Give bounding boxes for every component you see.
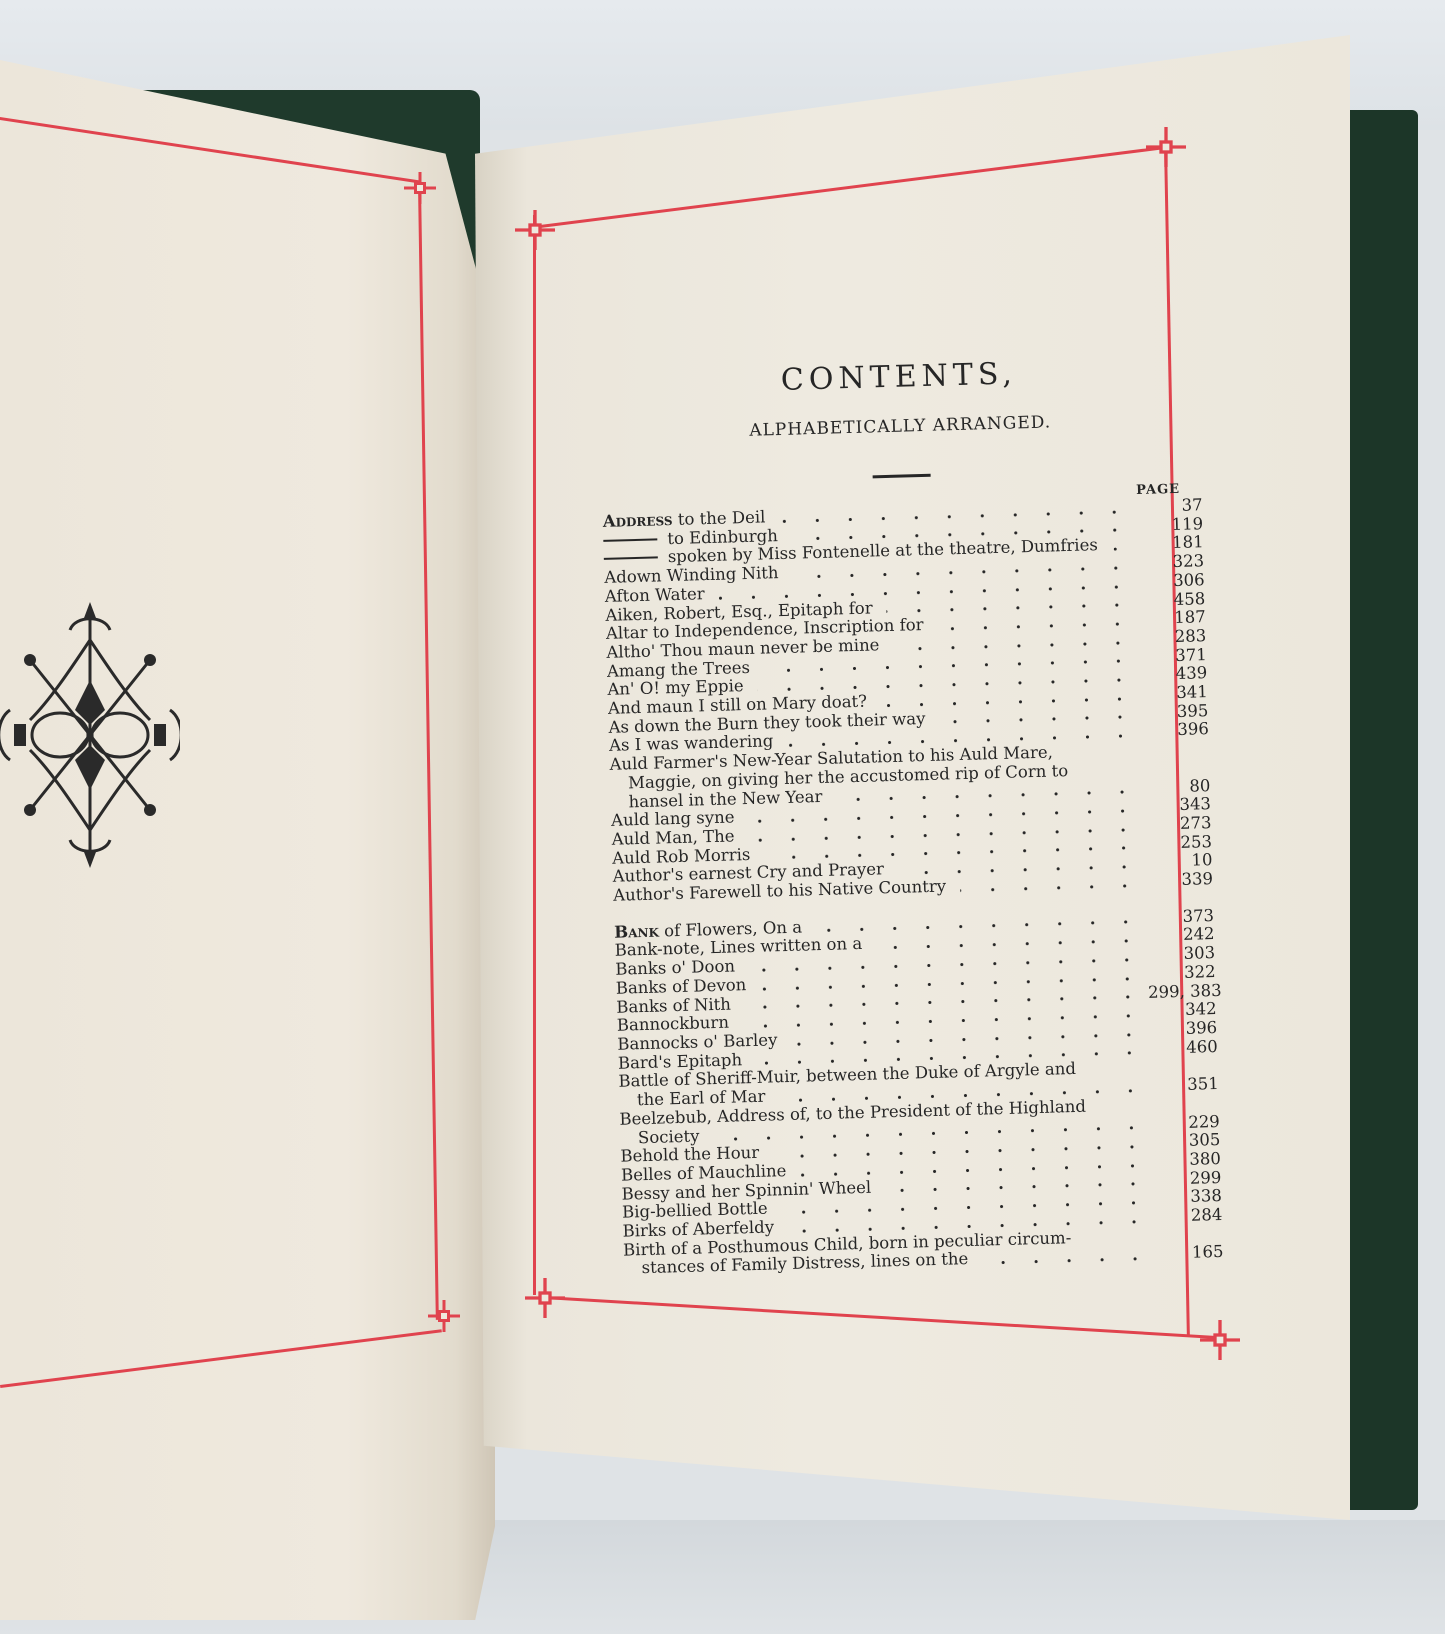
right-page-left-border [533, 215, 536, 1295]
ditto-dash [604, 557, 658, 561]
entry-page-number: 396 [1141, 721, 1209, 742]
entry-page-number: 460 [1149, 1038, 1217, 1059]
contents-page: CONTENTS, ALPHABETICALLY ARRANGED. PAGE … [598, 333, 1224, 1279]
floral-ornament-icon [0, 600, 180, 870]
title-divider [873, 474, 931, 479]
entry-lead-word: Address [603, 510, 673, 531]
ditto-dash [603, 538, 657, 542]
contents-list: Address to the Deil37to Edinburgh119spok… [603, 496, 1224, 1279]
leader-dots [983, 1257, 1152, 1265]
corner-cross-icon [1200, 1320, 1240, 1360]
leader-dots [1112, 547, 1132, 551]
entry-page-number: 284 [1154, 1206, 1222, 1227]
corner-cross-icon [1146, 127, 1186, 167]
corner-cross-icon [525, 1278, 565, 1318]
page-subtitle: ALPHABETICALLY ARRANGED. [600, 408, 1200, 445]
book-cover-right [1340, 110, 1418, 1510]
entry-title: Society [638, 1126, 700, 1147]
page-title: CONTENTS, [599, 351, 1200, 403]
corner-cross-icon [515, 210, 555, 250]
entry-page-number: 351 [1151, 1075, 1219, 1096]
corner-cross-icon [426, 1298, 462, 1334]
entry-page-number: 165 [1155, 1243, 1223, 1264]
corner-cross-icon [402, 170, 438, 206]
entry-page-number: 339 [1145, 870, 1213, 891]
entry-lead-word: Bank [614, 921, 659, 941]
